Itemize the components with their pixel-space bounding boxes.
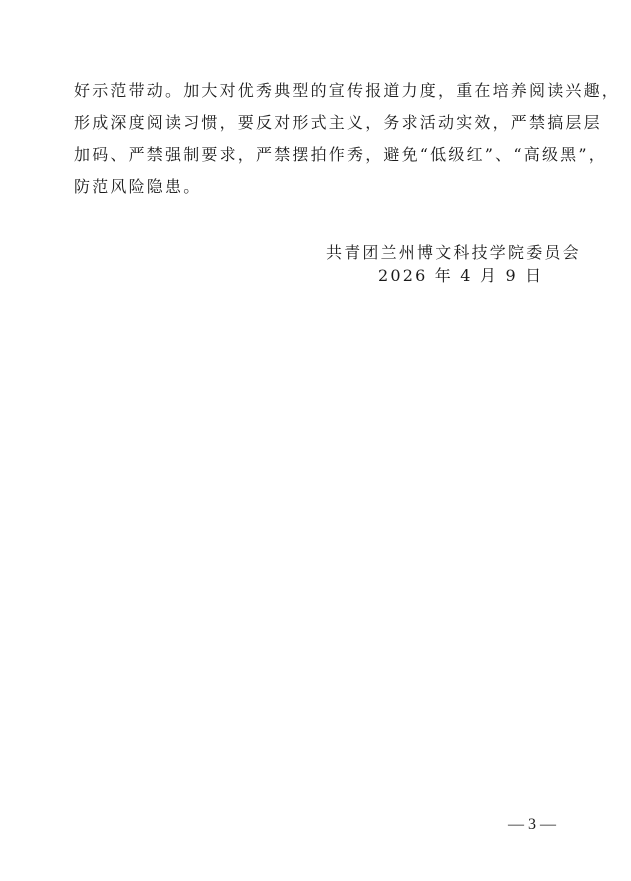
signature-organization: 共青团兰州博文科技学院委员会	[326, 240, 581, 263]
body-line: 防范风险隐患。	[74, 174, 201, 197]
body-line: 加码、严禁强制要求，严禁摆拍作秀，避免“低级红”、“高级黑”，	[74, 142, 607, 165]
signature-date: 2026 年 4 月 9 日	[378, 263, 543, 286]
body-line: 形成深度阅读习惯，要反对形式主义，务求活动实效，严禁搞层层	[74, 110, 602, 133]
body-line: 好示范带动。加大对优秀典型的宣传报道力度，重在培养阅读兴趣，	[74, 78, 620, 101]
page-number: — 3 —	[508, 816, 556, 834]
